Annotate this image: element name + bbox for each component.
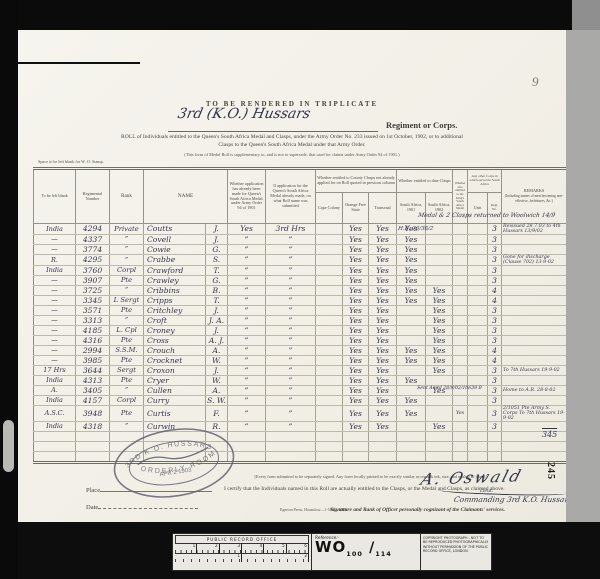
cell-blank bbox=[426, 432, 453, 442]
cell-rank: ” bbox=[110, 255, 144, 266]
cell-blank bbox=[426, 442, 453, 452]
cell-sa01: Yes bbox=[397, 406, 426, 422]
table-row: —2994S.S.M.CrouchA.””YesYesYesYes4 bbox=[34, 346, 567, 356]
cell-applied: ” bbox=[228, 386, 266, 396]
cell-kings: Yes bbox=[453, 406, 468, 422]
cell-surname: Cowie bbox=[144, 245, 206, 255]
film-corner bbox=[572, 0, 600, 30]
cell-remarks bbox=[502, 266, 566, 276]
cell-unit bbox=[468, 286, 488, 296]
cell-kings bbox=[453, 266, 468, 276]
cell-remarks bbox=[502, 396, 566, 406]
table-row: A.S.C.3948PteCurtisF.””YesYesYesYes32/10… bbox=[34, 406, 567, 422]
cell-initials: J. bbox=[206, 366, 228, 376]
cell-sa02 bbox=[426, 396, 453, 406]
cell-number: 3760 bbox=[76, 266, 110, 276]
cell-sent: India bbox=[34, 224, 76, 235]
cell-sent: — bbox=[34, 296, 76, 306]
cell-sent: — bbox=[34, 306, 76, 316]
row1-medal-annotation: Medal & 2 Clasps returned to Woolwich 14… bbox=[417, 212, 555, 219]
cell-remarks bbox=[502, 336, 566, 346]
col-header-name: NAME bbox=[144, 169, 228, 224]
ruler-tick: 2 bbox=[242, 554, 309, 562]
cell-rank: Pte bbox=[110, 336, 144, 346]
clasp-total: 345 bbox=[542, 428, 557, 439]
pro-copyright-notice: COPYRIGHT PHOTOGRAPH - NOT TO BE REPRODU… bbox=[421, 534, 491, 570]
table-row: 17 Hrs3644SergtCroxonJ.””YesYesYes3To 7t… bbox=[34, 366, 567, 376]
cell-rank: Sergt bbox=[110, 366, 144, 376]
cell-number: 4294 bbox=[76, 224, 110, 235]
cell-remarks bbox=[502, 316, 566, 326]
cell-roll: ” bbox=[266, 245, 316, 255]
cell-cc bbox=[316, 376, 343, 386]
cell-remarks: To 7th Hussars 19-9-02 bbox=[502, 366, 566, 376]
cell-ofs: Yes bbox=[343, 296, 369, 306]
cell-number: 4313 bbox=[76, 376, 110, 386]
cell-tvl: Yes bbox=[369, 406, 397, 422]
officer-signature: A. Oswald bbox=[419, 466, 525, 488]
cell-initials: A. bbox=[206, 386, 228, 396]
cell-applied: ” bbox=[228, 245, 266, 255]
cell-blank bbox=[369, 442, 397, 452]
cell-roll: ” bbox=[266, 386, 316, 396]
table-row: —4185L. CplCroneyJ.””YesYesYes3 bbox=[34, 326, 567, 336]
cell-sa01: Yes bbox=[397, 235, 426, 245]
cell-applied: Yes bbox=[228, 224, 266, 235]
cell-sa02 bbox=[426, 235, 453, 245]
cell-remarks bbox=[502, 346, 566, 356]
cell-regtl: 4 bbox=[488, 296, 502, 306]
date-label: Date bbox=[86, 504, 98, 511]
cell-rank: ” bbox=[110, 245, 144, 255]
cell-blank bbox=[266, 432, 316, 442]
cell-applied: ” bbox=[228, 306, 266, 316]
cell-kings bbox=[453, 286, 468, 296]
cell-applied: ” bbox=[228, 356, 266, 366]
pro-reference-label: PUBLIC RECORD OFFICE 123456 12 Reference… bbox=[172, 533, 492, 571]
cell-ofs: Yes bbox=[343, 235, 369, 245]
cell-sent: — bbox=[34, 276, 76, 286]
cell-surname: Cribbins bbox=[144, 286, 206, 296]
cell-number: 3644 bbox=[76, 366, 110, 376]
cell-cc bbox=[316, 346, 343, 356]
cell-kings bbox=[453, 336, 468, 346]
roll-table-body: India4294PrivateCouttsJ.Yes3rd HrsYesYes… bbox=[34, 224, 567, 463]
cell-roll: ” bbox=[266, 396, 316, 406]
cell-blank bbox=[488, 432, 502, 442]
cell-regtl: 3 bbox=[488, 306, 502, 316]
cell-roll: ” bbox=[266, 356, 316, 366]
cell-unit bbox=[468, 245, 488, 255]
row1-roll-reference: H.B. 26/36/2 bbox=[397, 226, 433, 232]
cell-number: 4316 bbox=[76, 336, 110, 346]
cell-rank: ” bbox=[110, 386, 144, 396]
cell-roll: ” bbox=[266, 422, 316, 432]
cell-ofs: Yes bbox=[343, 386, 369, 396]
cell-kings bbox=[453, 422, 468, 432]
cell-tvl: Yes bbox=[369, 356, 397, 366]
cell-roll: ” bbox=[266, 276, 316, 286]
cell-regtl: 4 bbox=[488, 346, 502, 356]
cell-kings bbox=[453, 326, 468, 336]
cell-regtl: 3 bbox=[488, 366, 502, 376]
cell-sa02 bbox=[426, 245, 453, 255]
cell-sa02: Yes bbox=[426, 296, 453, 306]
cell-roll: ” bbox=[266, 235, 316, 245]
table-row: —3313”CroftJ. A.””YesYesYes3 bbox=[34, 316, 567, 326]
cell-kings bbox=[453, 376, 468, 386]
table-row: India4313PteCryerW.””YesYesYes3 bbox=[34, 376, 567, 386]
cell-number: 3571 bbox=[76, 306, 110, 316]
cell-sent: — bbox=[34, 346, 76, 356]
cell-regtl: 4 bbox=[488, 286, 502, 296]
frame-number: 245 bbox=[545, 462, 556, 480]
cell-sent: — bbox=[34, 316, 76, 326]
cell-sa02: Yes bbox=[426, 306, 453, 316]
cell-rank: ” bbox=[110, 235, 144, 245]
cell-cc bbox=[316, 366, 343, 376]
cell-blank bbox=[453, 432, 468, 442]
cell-regtl: 3 bbox=[488, 245, 502, 255]
cell-regtl: 3 bbox=[488, 224, 502, 235]
cell-rank: Pte bbox=[110, 356, 144, 366]
cell-blank bbox=[34, 452, 76, 463]
col-header-regimental-number: Regimental Number bbox=[76, 169, 110, 224]
cell-ofs: Yes bbox=[343, 245, 369, 255]
cell-kings bbox=[453, 396, 468, 406]
cell-roll: ” bbox=[266, 296, 316, 306]
pencil-page-number: 9 bbox=[532, 74, 539, 90]
cell-regtl: 3 bbox=[488, 326, 502, 336]
table-row: —3774”CowieG.””YesYesYes3 bbox=[34, 245, 567, 255]
regiment-label: Regiment or Corps. bbox=[386, 120, 457, 130]
cell-surname: Cross bbox=[144, 336, 206, 346]
cell-unit bbox=[468, 336, 488, 346]
cell-unit bbox=[468, 266, 488, 276]
cell-sa02: Yes bbox=[426, 422, 453, 432]
pro-reference: Reference:- WO100 /114 bbox=[312, 534, 421, 570]
cell-number: 4295 bbox=[76, 255, 110, 266]
cell-remarks: 2/1051 Pte Army S. Corps To 7th Hussars … bbox=[502, 406, 566, 422]
cell-surname: Crawley bbox=[144, 276, 206, 286]
cell-tvl: Yes bbox=[369, 276, 397, 286]
cell-applied: ” bbox=[228, 346, 266, 356]
cell-kings bbox=[453, 356, 468, 366]
cell-remarks: Home to A.R. 28-8-02 bbox=[502, 386, 566, 396]
col-header-application-made: Whether application has already been mad… bbox=[228, 169, 266, 224]
cell-applied: ” bbox=[228, 255, 266, 266]
cell-tvl: Yes bbox=[369, 286, 397, 296]
col-header-orange-free-state: Orange Free State bbox=[343, 193, 369, 224]
cell-surname: Cryer bbox=[144, 376, 206, 386]
cell-rank: Corpl bbox=[110, 266, 144, 276]
cell-blank bbox=[453, 452, 468, 463]
cell-number: 3948 bbox=[76, 406, 110, 422]
cell-blank bbox=[488, 442, 502, 452]
cell-initials: T. bbox=[206, 296, 228, 306]
ruler-tick: 3 bbox=[220, 544, 242, 553]
cell-ofs: Yes bbox=[343, 224, 369, 235]
cell-rank: S.S.M. bbox=[110, 346, 144, 356]
cell-initials: J. bbox=[206, 235, 228, 245]
cell-kings bbox=[453, 224, 468, 235]
cell-number: 3985 bbox=[76, 356, 110, 366]
cell-sa02 bbox=[426, 376, 453, 386]
cell-surname: Croft bbox=[144, 316, 206, 326]
officer-rank: Lieut. bbox=[480, 489, 493, 494]
cell-sa01: Yes bbox=[397, 266, 426, 276]
cell-rank: ” bbox=[110, 316, 144, 326]
cell-surname: Crawford bbox=[144, 266, 206, 276]
cell-kings bbox=[453, 245, 468, 255]
cell-roll: ” bbox=[266, 346, 316, 356]
cell-number: 3774 bbox=[76, 245, 110, 255]
table-row: India3760CorplCrawfordT.””YesYesYes3 bbox=[34, 266, 567, 276]
cell-ofs: Yes bbox=[343, 326, 369, 336]
cell-initials: B. bbox=[206, 286, 228, 296]
table-row: —3725”CribbinsB.””YesYesYesYes4 bbox=[34, 286, 567, 296]
cell-ofs: Yes bbox=[343, 396, 369, 406]
cell-regtl: 3 bbox=[488, 386, 502, 396]
cell-sent: — bbox=[34, 286, 76, 296]
signature-caption: Signature and Rank of Officer personally… bbox=[330, 507, 566, 513]
cell-unit bbox=[468, 376, 488, 386]
cell-ofs: Yes bbox=[343, 336, 369, 346]
cell-blank bbox=[488, 452, 502, 463]
cell-remarks bbox=[502, 356, 566, 366]
cell-ofs: Yes bbox=[343, 276, 369, 286]
cell-ofs: Yes bbox=[343, 286, 369, 296]
cell-remarks bbox=[502, 326, 566, 336]
cell-cc bbox=[316, 306, 343, 316]
cell-cc bbox=[316, 406, 343, 422]
cell-blank bbox=[453, 442, 468, 452]
cell-sa01: Yes bbox=[397, 346, 426, 356]
roll-title-line1: ROLL of Individuals entitled to the Quee… bbox=[121, 134, 463, 140]
cell-number: 3907 bbox=[76, 276, 110, 286]
cell-sa02: Yes bbox=[426, 366, 453, 376]
cell-tvl: Yes bbox=[369, 366, 397, 376]
cell-kings bbox=[453, 306, 468, 316]
cell-roll: ” bbox=[266, 326, 316, 336]
cell-ofs: Yes bbox=[343, 406, 369, 422]
cell-surname: Covell bbox=[144, 235, 206, 245]
cell-unit bbox=[468, 422, 488, 432]
cell-surname: Curtis bbox=[144, 406, 206, 422]
cell-blank bbox=[316, 452, 343, 463]
cell-blank bbox=[76, 452, 110, 463]
cell-unit bbox=[468, 356, 488, 366]
table-row: —3345L SergtCrippsT.””YesYesYesYes4 bbox=[34, 296, 567, 306]
cell-blank bbox=[397, 452, 426, 463]
cell-applied: ” bbox=[228, 376, 266, 386]
cell-roll: ” bbox=[266, 306, 316, 316]
cell-applied: ” bbox=[228, 296, 266, 306]
cell-cc bbox=[316, 255, 343, 266]
cell-blank bbox=[468, 442, 488, 452]
cell-applied: ” bbox=[228, 366, 266, 376]
cell-tvl: Yes bbox=[369, 396, 397, 406]
pro-ruler: PUBLIC RECORD OFFICE 123456 12 bbox=[173, 534, 312, 570]
film-right-margin bbox=[566, 30, 600, 522]
cell-sa01 bbox=[397, 422, 426, 432]
cell-rank: L. Cpl bbox=[110, 326, 144, 336]
cell-tvl: Yes bbox=[369, 296, 397, 306]
ruler-tick: 4 bbox=[242, 544, 264, 553]
table-row: —3571PteCritchleyJ.””YesYesYes3 bbox=[34, 306, 567, 316]
cell-tvl: Yes bbox=[369, 316, 397, 326]
cell-sa01: Yes bbox=[397, 255, 426, 266]
cell-roll: ” bbox=[266, 366, 316, 376]
cell-surname: Cullen bbox=[144, 386, 206, 396]
cell-sa01 bbox=[397, 336, 426, 346]
medal-roll-page: 9 TO BE RENDERED IN TRIPLICATE 3rd (K.O.… bbox=[18, 30, 566, 522]
place-label: Place bbox=[86, 487, 100, 494]
cell-regtl: 3 bbox=[488, 396, 502, 406]
cell-unit bbox=[468, 296, 488, 306]
cell-blank bbox=[76, 442, 110, 452]
cell-rank: ” bbox=[110, 286, 144, 296]
cell-unit bbox=[468, 396, 488, 406]
ref-class: 100 bbox=[346, 550, 363, 558]
cell-initials: G. bbox=[206, 276, 228, 286]
cell-unit bbox=[468, 306, 488, 316]
cell-sent: — bbox=[34, 336, 76, 346]
cell-sent: India bbox=[34, 376, 76, 386]
cell-sa02 bbox=[426, 255, 453, 266]
cell-initials: S. bbox=[206, 255, 228, 266]
cell-remarks bbox=[502, 296, 566, 306]
cell-applied: ” bbox=[228, 266, 266, 276]
cell-sa02 bbox=[426, 406, 453, 422]
cell-sent: India bbox=[34, 396, 76, 406]
cell-tvl: Yes bbox=[369, 336, 397, 346]
cell-applied: ” bbox=[228, 276, 266, 286]
cell-sa02: Yes bbox=[426, 326, 453, 336]
cell-sa01: Yes bbox=[397, 396, 426, 406]
cell-surname: Crouch bbox=[144, 346, 206, 356]
cell-sent: — bbox=[34, 245, 76, 255]
cell-initials: J. bbox=[206, 224, 228, 235]
cell-initials: W. bbox=[206, 356, 228, 366]
cell-ofs: Yes bbox=[343, 422, 369, 432]
cell-surname: Crocknet bbox=[144, 356, 206, 366]
cell-surname: Cripps bbox=[144, 296, 206, 306]
cell-blank bbox=[316, 432, 343, 442]
ruler-tick: 1 bbox=[175, 554, 242, 562]
cell-sent: A.S.C. bbox=[34, 406, 76, 422]
col-header-cape-colony: Cape Colony bbox=[316, 193, 343, 224]
cell-sa02: Yes bbox=[426, 286, 453, 296]
cell-surname: Crabbe bbox=[144, 255, 206, 266]
cell-surname: Croney bbox=[144, 326, 206, 336]
cell-kings bbox=[453, 316, 468, 326]
cell-rank: Pte bbox=[110, 306, 144, 316]
cell-cc bbox=[316, 266, 343, 276]
cell-blank bbox=[266, 442, 316, 452]
cell-rank: Private bbox=[110, 224, 144, 235]
cell-remarks: Reissued 28.7.03 to 4th Hussars 13/9/02 bbox=[502, 224, 566, 235]
cell-initials: J. bbox=[206, 306, 228, 316]
col-header-blank: To be left blank bbox=[34, 169, 76, 224]
cell-surname: Coutts bbox=[144, 224, 206, 235]
cell-kings bbox=[453, 255, 468, 266]
cell-kings bbox=[453, 346, 468, 356]
wo-stamp-note: Space to be left blank for W. O. Stamp. bbox=[38, 159, 104, 164]
cell-ofs: Yes bbox=[343, 376, 369, 386]
cell-cc bbox=[316, 356, 343, 366]
cell-surname: Critchley bbox=[144, 306, 206, 316]
cell-applied: ” bbox=[228, 326, 266, 336]
cell-cc bbox=[316, 316, 343, 326]
cell-sa02 bbox=[426, 276, 453, 286]
cell-number: 4185 bbox=[76, 326, 110, 336]
cell-sa01: Yes bbox=[397, 245, 426, 255]
col-group-county-clasps: Whether entitled to County Clasps not al… bbox=[316, 169, 397, 193]
cell-applied: ” bbox=[228, 406, 266, 422]
microfilm-frame: 9 TO BE RENDERED IN TRIPLICATE 3rd (K.O.… bbox=[0, 0, 600, 579]
roll-title-note: (This form of Medal Roll is supplementar… bbox=[26, 152, 558, 157]
cell-sa01 bbox=[397, 366, 426, 376]
cell-tvl: Yes bbox=[369, 266, 397, 276]
table-row: —3985PteCrocknetW.””YesYesYesYes4 bbox=[34, 356, 567, 366]
cell-sent: — bbox=[34, 356, 76, 366]
cell-tvl: Yes bbox=[369, 376, 397, 386]
cell-ofs: Yes bbox=[343, 266, 369, 276]
cell-number: 3725 bbox=[76, 286, 110, 296]
cell-cc bbox=[316, 224, 343, 235]
cell-cc bbox=[316, 296, 343, 306]
cell-regtl: 3 bbox=[488, 336, 502, 346]
col-header-rank: Rank bbox=[110, 169, 144, 224]
roll-title: ROLL of Individuals entitled to the Quee… bbox=[26, 134, 558, 149]
cell-roll: ” bbox=[266, 255, 316, 266]
film-left-edge bbox=[0, 0, 18, 579]
cell-initials: J. bbox=[206, 326, 228, 336]
col-group-other-corps: Any other Corps in which served in South… bbox=[468, 169, 502, 193]
cell-sent: — bbox=[34, 326, 76, 336]
cell-applied: ” bbox=[228, 286, 266, 296]
remarks-subtitle: (Including names of men becoming non-eff… bbox=[505, 194, 564, 203]
cell-blank bbox=[426, 452, 453, 463]
cell-tvl: Yes bbox=[369, 326, 397, 336]
cell-blank bbox=[369, 452, 397, 463]
cell-regtl: 3 bbox=[488, 255, 502, 266]
cell-rank: Corpl bbox=[110, 396, 144, 406]
table-row: —4316PteCrossA. J.””YesYesYes3 bbox=[34, 336, 567, 346]
cell-number: 3345 bbox=[76, 296, 110, 306]
cell-sa01: Yes bbox=[397, 376, 426, 386]
cell-roll: ” bbox=[266, 406, 316, 422]
cell-unit bbox=[468, 366, 488, 376]
cell-regtl: 3 bbox=[488, 276, 502, 286]
cell-ofs: Yes bbox=[343, 356, 369, 366]
cell-sa02: Yes bbox=[426, 336, 453, 346]
ruler-tick: 2 bbox=[197, 544, 219, 553]
cell-sent: India bbox=[34, 266, 76, 276]
cell-cc bbox=[316, 235, 343, 245]
cell-regtl: 4 bbox=[488, 356, 502, 366]
cell-kings bbox=[453, 366, 468, 376]
cell-regtl: 3 bbox=[488, 376, 502, 386]
cell-number: 3405 bbox=[76, 386, 110, 396]
cell-remarks bbox=[502, 286, 566, 296]
cell-cc bbox=[316, 245, 343, 255]
cell-regtl: 3 bbox=[488, 406, 502, 422]
cell-roll: ” bbox=[266, 376, 316, 386]
cell-sa02: Yes bbox=[426, 316, 453, 326]
table-row: India4318”CurwinR.””YesYesYes3 bbox=[34, 422, 567, 432]
